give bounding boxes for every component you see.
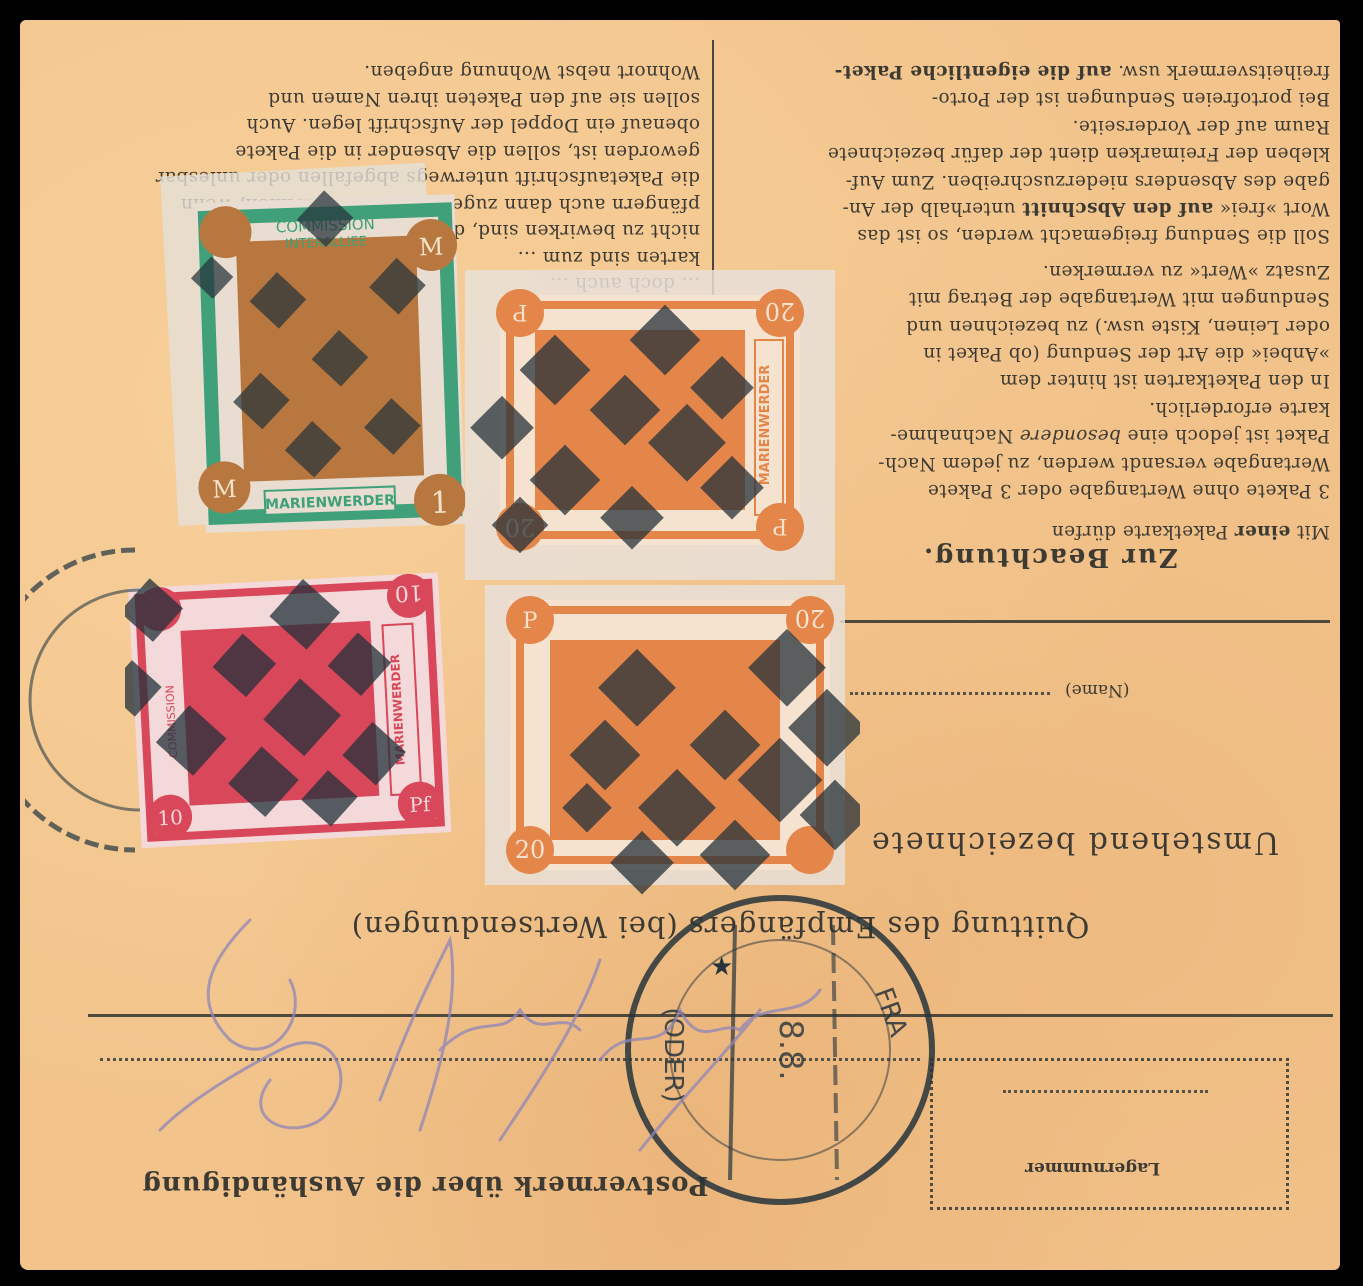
postmark-left-partial — [25, 540, 145, 864]
instruction-line: gabe des Absenders niederzuschreiben. Zu… — [730, 168, 1330, 195]
instruction-line: Mit einer Paketkarte dürfen — [730, 518, 1330, 545]
instruction-line: Paket ist jedoch eine besondere Nachnahm… — [730, 422, 1330, 449]
instruction-line: Zusatz »Wert« zu vermerken. — [730, 258, 1330, 285]
storage-number-line — [1003, 1090, 1208, 1093]
instruction-line: freiheitsvermerk usw. auf die eigentlich… — [730, 58, 1330, 85]
stamp-10-pfennig: 10 Pf 10 MARIENWERDER COMMISSION — [125, 570, 465, 860]
instruction-line-left: Wohnort nebst Wohnung angeben. — [60, 58, 700, 85]
stamp-20-pfennig-bottom: 20 20 P COMMISSION INTERALLIEE — [480, 580, 860, 900]
instruction-line: Bei portofreien Sendungen ist der Porto- — [730, 85, 1330, 112]
svg-text:M: M — [418, 233, 444, 262]
heading-zur-beachtung: Zur Beachtung. — [900, 542, 1200, 572]
svg-text:Pf: Pf — [409, 792, 433, 817]
svg-text:P: P — [523, 609, 538, 634]
name-dotted-line — [850, 692, 1050, 695]
instruction-line: Sendungen mit Wertangabe der Betrag mit — [730, 285, 1330, 312]
instruction-line: kleben der Freimarken dient der dafür be… — [730, 140, 1330, 167]
instruction-line: Soll die Sendung freigemacht werden, so … — [730, 222, 1330, 249]
handwritten-signature — [120, 900, 920, 1174]
instruction-line: »Anbei« die Art der Sendung (ob Paket in — [730, 340, 1330, 367]
receipt-prefix: Umstehend bezeichnete — [870, 825, 1279, 860]
parcel-card: ... doch auch ...karten sind zum ...nich… — [20, 20, 1340, 1270]
svg-text:10: 10 — [394, 579, 423, 605]
svg-text:COMMISSION: COMMISSION — [549, 696, 563, 785]
svg-text:INTERALLIEE: INTERALLIEE — [566, 705, 579, 774]
svg-text:M: M — [212, 475, 238, 504]
instruction-line-left: obenauf ein Doppel der Aufschrift legen.… — [60, 111, 700, 138]
instruction-line: karte erforderlich. — [730, 395, 1330, 422]
stamp-1-mark: M M 1 COMMISSION INTERALLIEE MARIENWERDE… — [90, 160, 480, 550]
name-label: (Name) — [1065, 680, 1129, 700]
svg-text:P: P — [512, 299, 527, 324]
instruction-line: 3 Pakete ohne Wertangabe oder 3 Pakete — [730, 477, 1330, 504]
svg-text:20: 20 — [795, 604, 826, 632]
storage-number-box — [930, 1058, 1289, 1210]
instruction-line-left: sollen sie auf den Paketen ihren Namen u… — [60, 85, 700, 112]
svg-text:20: 20 — [515, 836, 546, 864]
storage-number-label: Lagernummer — [1025, 1158, 1160, 1178]
instruction-line: Raum auf der Vorderseite. — [730, 113, 1330, 140]
svg-text:10: 10 — [157, 805, 184, 830]
instruction-line: Wertangabe versandt werden, zu jedem Nac… — [730, 450, 1330, 477]
instruction-line: oder Leinen, Kiste usw.) zu bezeichnen u… — [730, 313, 1330, 340]
instruction-line: Wort »frei« auf den Abschnitt unterhalb … — [730, 195, 1330, 222]
svg-text:1: 1 — [430, 486, 450, 522]
rule-top — [840, 620, 1330, 623]
instruction-line: In den Paketkarten ist hinter dem — [730, 367, 1330, 394]
